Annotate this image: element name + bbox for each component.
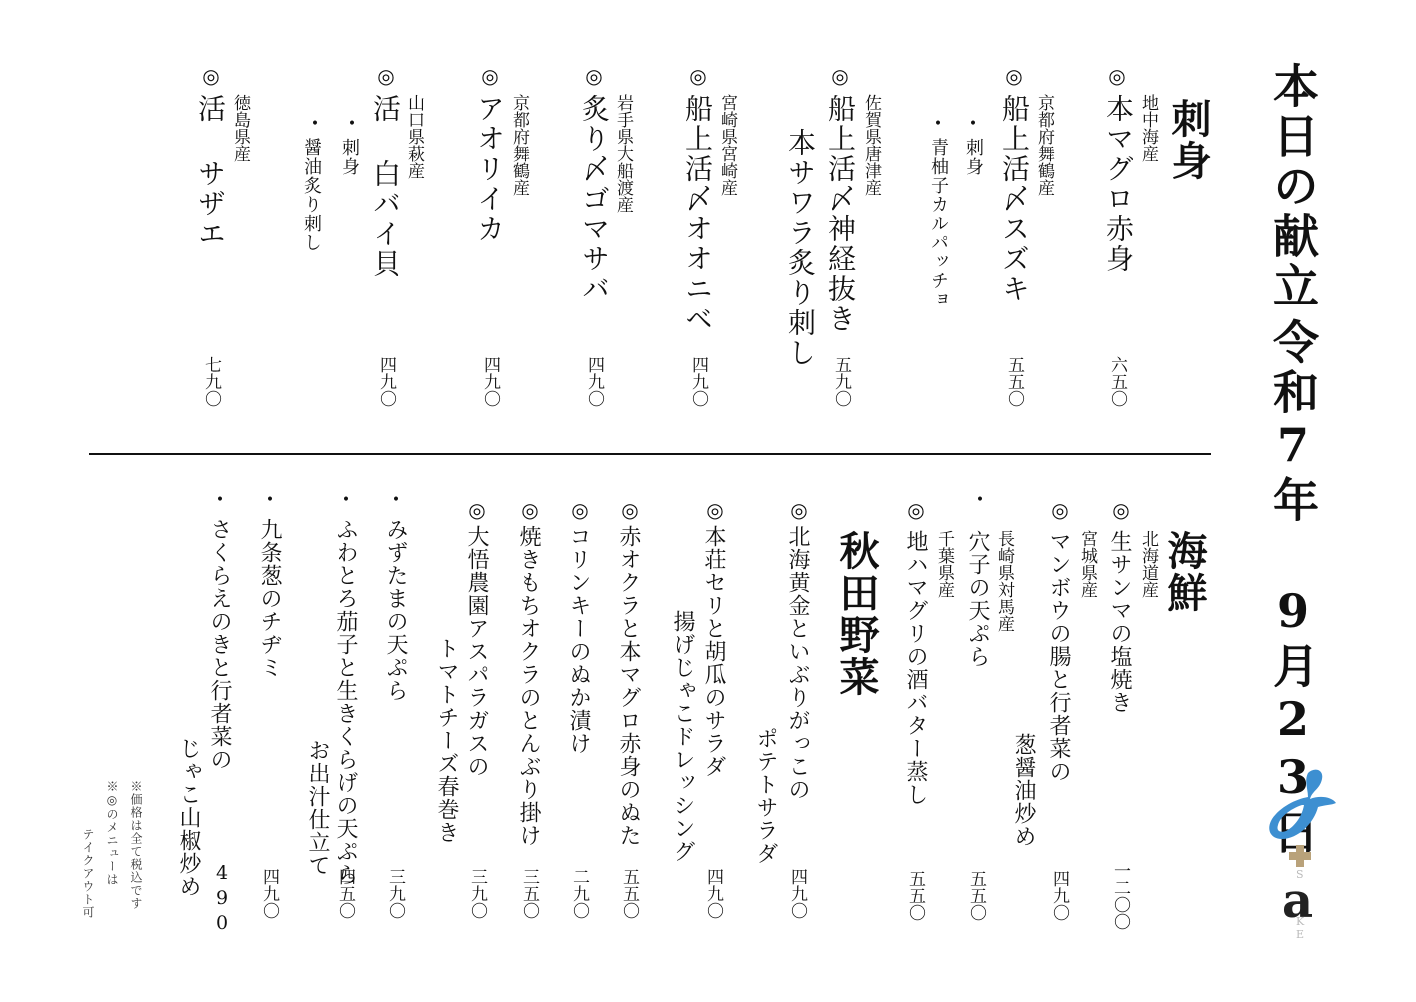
item-price: 六五〇	[1108, 356, 1125, 407]
item-name: マンボウの腸と行者菜の	[1047, 530, 1069, 783]
item-name: 本荘セリと胡瓜のサラダ	[702, 525, 724, 778]
item-option: 刺身	[964, 138, 982, 176]
item-origin: 宮城県産	[1078, 530, 1095, 598]
item-name: 船上活〆神経抜き	[826, 94, 854, 334]
item-price: 四九〇	[788, 868, 805, 919]
double-circle-icon: ◎	[570, 498, 590, 522]
bullet-icon: •	[263, 492, 277, 508]
item-price: 五五〇	[1005, 356, 1022, 407]
double-circle-icon: ◎	[467, 498, 487, 522]
item-price: 二九〇	[570, 868, 587, 919]
bullet-icon: •	[966, 116, 980, 132]
item-origin: 地中海産	[1139, 94, 1156, 162]
bullet-icon: •	[389, 492, 403, 508]
double-circle-icon: ◎	[376, 64, 396, 88]
double-circle-icon: ◎	[705, 498, 725, 522]
item-price: 四九〇	[481, 356, 498, 407]
item-name: 船上活〆オオニベ	[683, 94, 711, 334]
item-name: 九条葱のチヂミ	[258, 518, 280, 679]
item-origin: 宮崎県宮崎産	[718, 94, 735, 196]
item-name: 活 白バイ貝	[371, 94, 399, 279]
item-price: 四九〇	[689, 356, 706, 407]
item-name: ふわとろ茄子と生きくらげの天ぷら	[334, 518, 356, 886]
item-origin: 山口県萩産	[405, 94, 422, 179]
section-heading-seafood: 海鮮	[1164, 530, 1204, 614]
item-name-line2: 本サワラ炙り刺し	[786, 128, 814, 368]
item-price: 490	[212, 862, 231, 937]
item-name: みずたまの天ぷら	[384, 518, 406, 702]
tax-note: ※価格は全て税込です	[130, 780, 142, 910]
bullet-icon: •	[339, 492, 353, 508]
item-origin: 長崎県対馬産	[995, 530, 1012, 632]
shop-logo: S a KE	[1262, 765, 1342, 945]
menu-title: 本日の献立	[1270, 62, 1316, 312]
item-name: 活 サザエ	[196, 94, 224, 249]
item-price: 五五〇	[906, 870, 923, 921]
item-name: 地ハマグリの酒バター蒸し	[904, 530, 926, 806]
bullet-icon: •	[308, 116, 322, 132]
double-circle-icon: ◎	[520, 498, 540, 522]
double-circle-icon: ◎	[906, 498, 926, 522]
item-name: 生サンマの塩焼き	[1108, 530, 1130, 714]
item-name: 焼きもちオクラのとんぶり掛け	[517, 525, 539, 847]
item-price: 一二〇〇	[1111, 862, 1128, 930]
item-name: さくらえのきと行者菜の	[208, 518, 230, 771]
item-name-line2: 葱醤油炒め	[1012, 733, 1034, 848]
item-name-line2: ポテトサラダ	[754, 727, 776, 865]
bullet-icon: •	[973, 492, 987, 508]
section-heading-akita-vegetables: 秋田野菜	[836, 530, 876, 698]
double-circle-icon: ◎	[1107, 64, 1127, 88]
item-origin: 北海道産	[1139, 530, 1156, 598]
item-name-line2: お出汁仕立て	[306, 739, 328, 877]
item-price: 三九〇	[386, 868, 403, 919]
item-price: 三九〇	[468, 868, 485, 919]
item-price: 五五〇	[620, 868, 637, 919]
double-circle-icon: ◎	[620, 498, 640, 522]
double-circle-icon: ◎	[1050, 498, 1070, 522]
item-name: 炙り〆ゴマサバ	[580, 94, 608, 304]
item-name: 赤オクラと本マグロ赤身のぬた	[617, 525, 639, 847]
bullet-icon: •	[345, 116, 359, 132]
item-origin: 岩手県大船渡産	[614, 94, 631, 213]
bullet-icon: •	[931, 116, 945, 132]
item-name: コリンキーのぬか漬け	[567, 525, 589, 755]
item-price: 四九〇	[704, 868, 721, 919]
item-name: 船上活〆スズキ	[1000, 94, 1028, 304]
item-price: 四九〇	[1050, 870, 1067, 921]
item-origin: 徳島県産	[231, 94, 248, 162]
section-divider	[89, 453, 1211, 455]
takeout-note-line2: テイクアウト可	[82, 828, 94, 919]
item-origin: 千葉県産	[935, 530, 952, 598]
item-name: 本マグロ赤身	[1104, 94, 1132, 274]
item-origin: 京都府舞鶴産	[1035, 94, 1052, 196]
item-option: 刺身	[340, 138, 358, 176]
takeout-note-line1: ※◎のメニューは	[106, 780, 118, 886]
item-price: 四九〇	[377, 356, 394, 407]
item-origin: 佐賀県唐津産	[862, 94, 879, 196]
double-circle-icon: ◎	[789, 498, 809, 522]
double-circle-icon: ◎	[830, 64, 850, 88]
item-name: 大悟農園アスパラガスの	[465, 525, 487, 778]
item-name: アオリイカ	[475, 94, 503, 244]
item-option: 青柚子カルパッチョ	[929, 138, 947, 309]
double-circle-icon: ◎	[688, 64, 708, 88]
item-origin: 京都府舞鶴産	[510, 94, 527, 196]
logo-letters-ke: KE	[1296, 915, 1306, 941]
double-circle-icon: ◎	[1004, 64, 1024, 88]
double-circle-icon: ◎	[1111, 498, 1131, 522]
section-heading-sashimi: 刺身	[1168, 98, 1208, 182]
item-price: 七九〇	[202, 356, 219, 407]
double-circle-icon: ◎	[584, 64, 604, 88]
item-name-line2: トマトチーズ春巻き	[435, 637, 457, 844]
item-price: 四五〇	[336, 868, 353, 919]
item-price: 四九〇	[260, 868, 277, 919]
item-price: 五五〇	[967, 870, 984, 921]
item-option: 醤油炙り刺し	[302, 138, 320, 252]
item-price: 三五〇	[520, 868, 537, 919]
item-name-line2: じゃこ山椒炒め	[177, 737, 199, 898]
bullet-icon: •	[213, 492, 227, 508]
double-circle-icon: ◎	[201, 64, 221, 88]
item-price: 五九〇	[832, 356, 849, 407]
double-circle-icon: ◎	[480, 64, 500, 88]
item-price: 四九〇	[585, 356, 602, 407]
item-name: 穴子の天ぷら	[966, 530, 988, 668]
item-name: 北海黄金といぶりがっこの	[786, 525, 808, 801]
item-name-line2: 揚げじゃこドレッシング	[671, 610, 693, 863]
